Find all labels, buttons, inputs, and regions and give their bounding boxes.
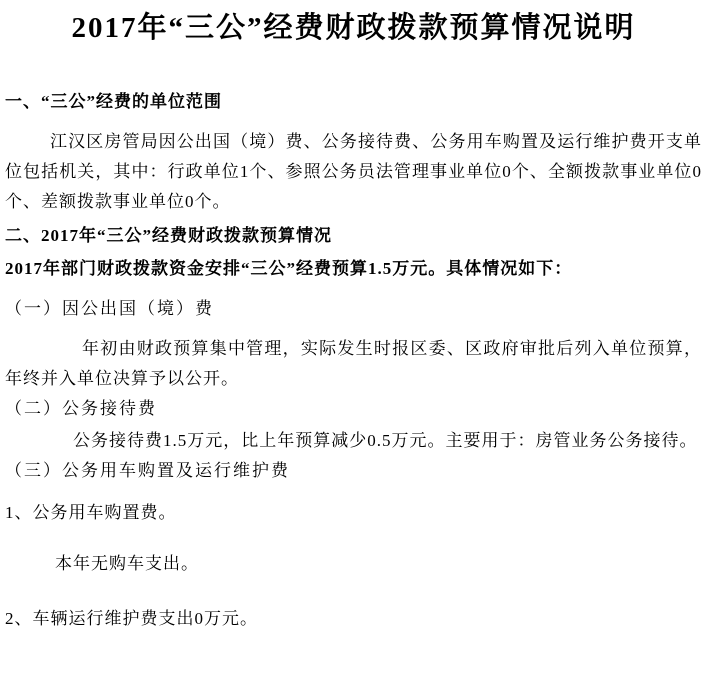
- section2-heading: 二、2017年“三公”经费财政拨款预算情况: [5, 221, 702, 251]
- item2-heading: （二）公务接待费: [5, 394, 702, 424]
- document-page: 2017年“三公”经费财政拨款预算情况说明 一、“三公”经费的单位范围 江汉区房…: [0, 6, 708, 678]
- item1-heading: （一）因公出国（境）费: [5, 294, 702, 324]
- item3-heading: （三）公务用车购置及运行维护费: [5, 456, 702, 486]
- item3-line3-vehicle-maintenance: 2、车辆运行维护费支出0万元。: [5, 604, 702, 634]
- item3-line1-vehicle-purchase: 1、公务用车购置费。: [5, 498, 702, 528]
- section1-body-paragraph: 江汉区房管局因公出国（境）费、公务接待费、公务用车购置及运行维护费开支单位包括机…: [5, 127, 702, 217]
- item1-body-paragraph: 年初由财政预算集中管理，实际发生时报区委、区政府审批后列入单位预算，年终并入单位…: [5, 334, 702, 394]
- section2-summary-paragraph: 2017年部门财政拨款资金安排“三公”经费预算1.5万元。具体情况如下：: [5, 254, 702, 284]
- document-title: 2017年“三公”经费财政拨款预算情况说明: [5, 6, 702, 50]
- section1-heading: 一、“三公”经费的单位范围: [5, 87, 702, 117]
- item3-line2-no-purchase: 本年无购车支出。: [5, 549, 702, 579]
- item2-body-paragraph: 公务接待费1.5万元，比上年预算减少0.5万元。主要用于：房管业务公务接待。: [5, 426, 702, 456]
